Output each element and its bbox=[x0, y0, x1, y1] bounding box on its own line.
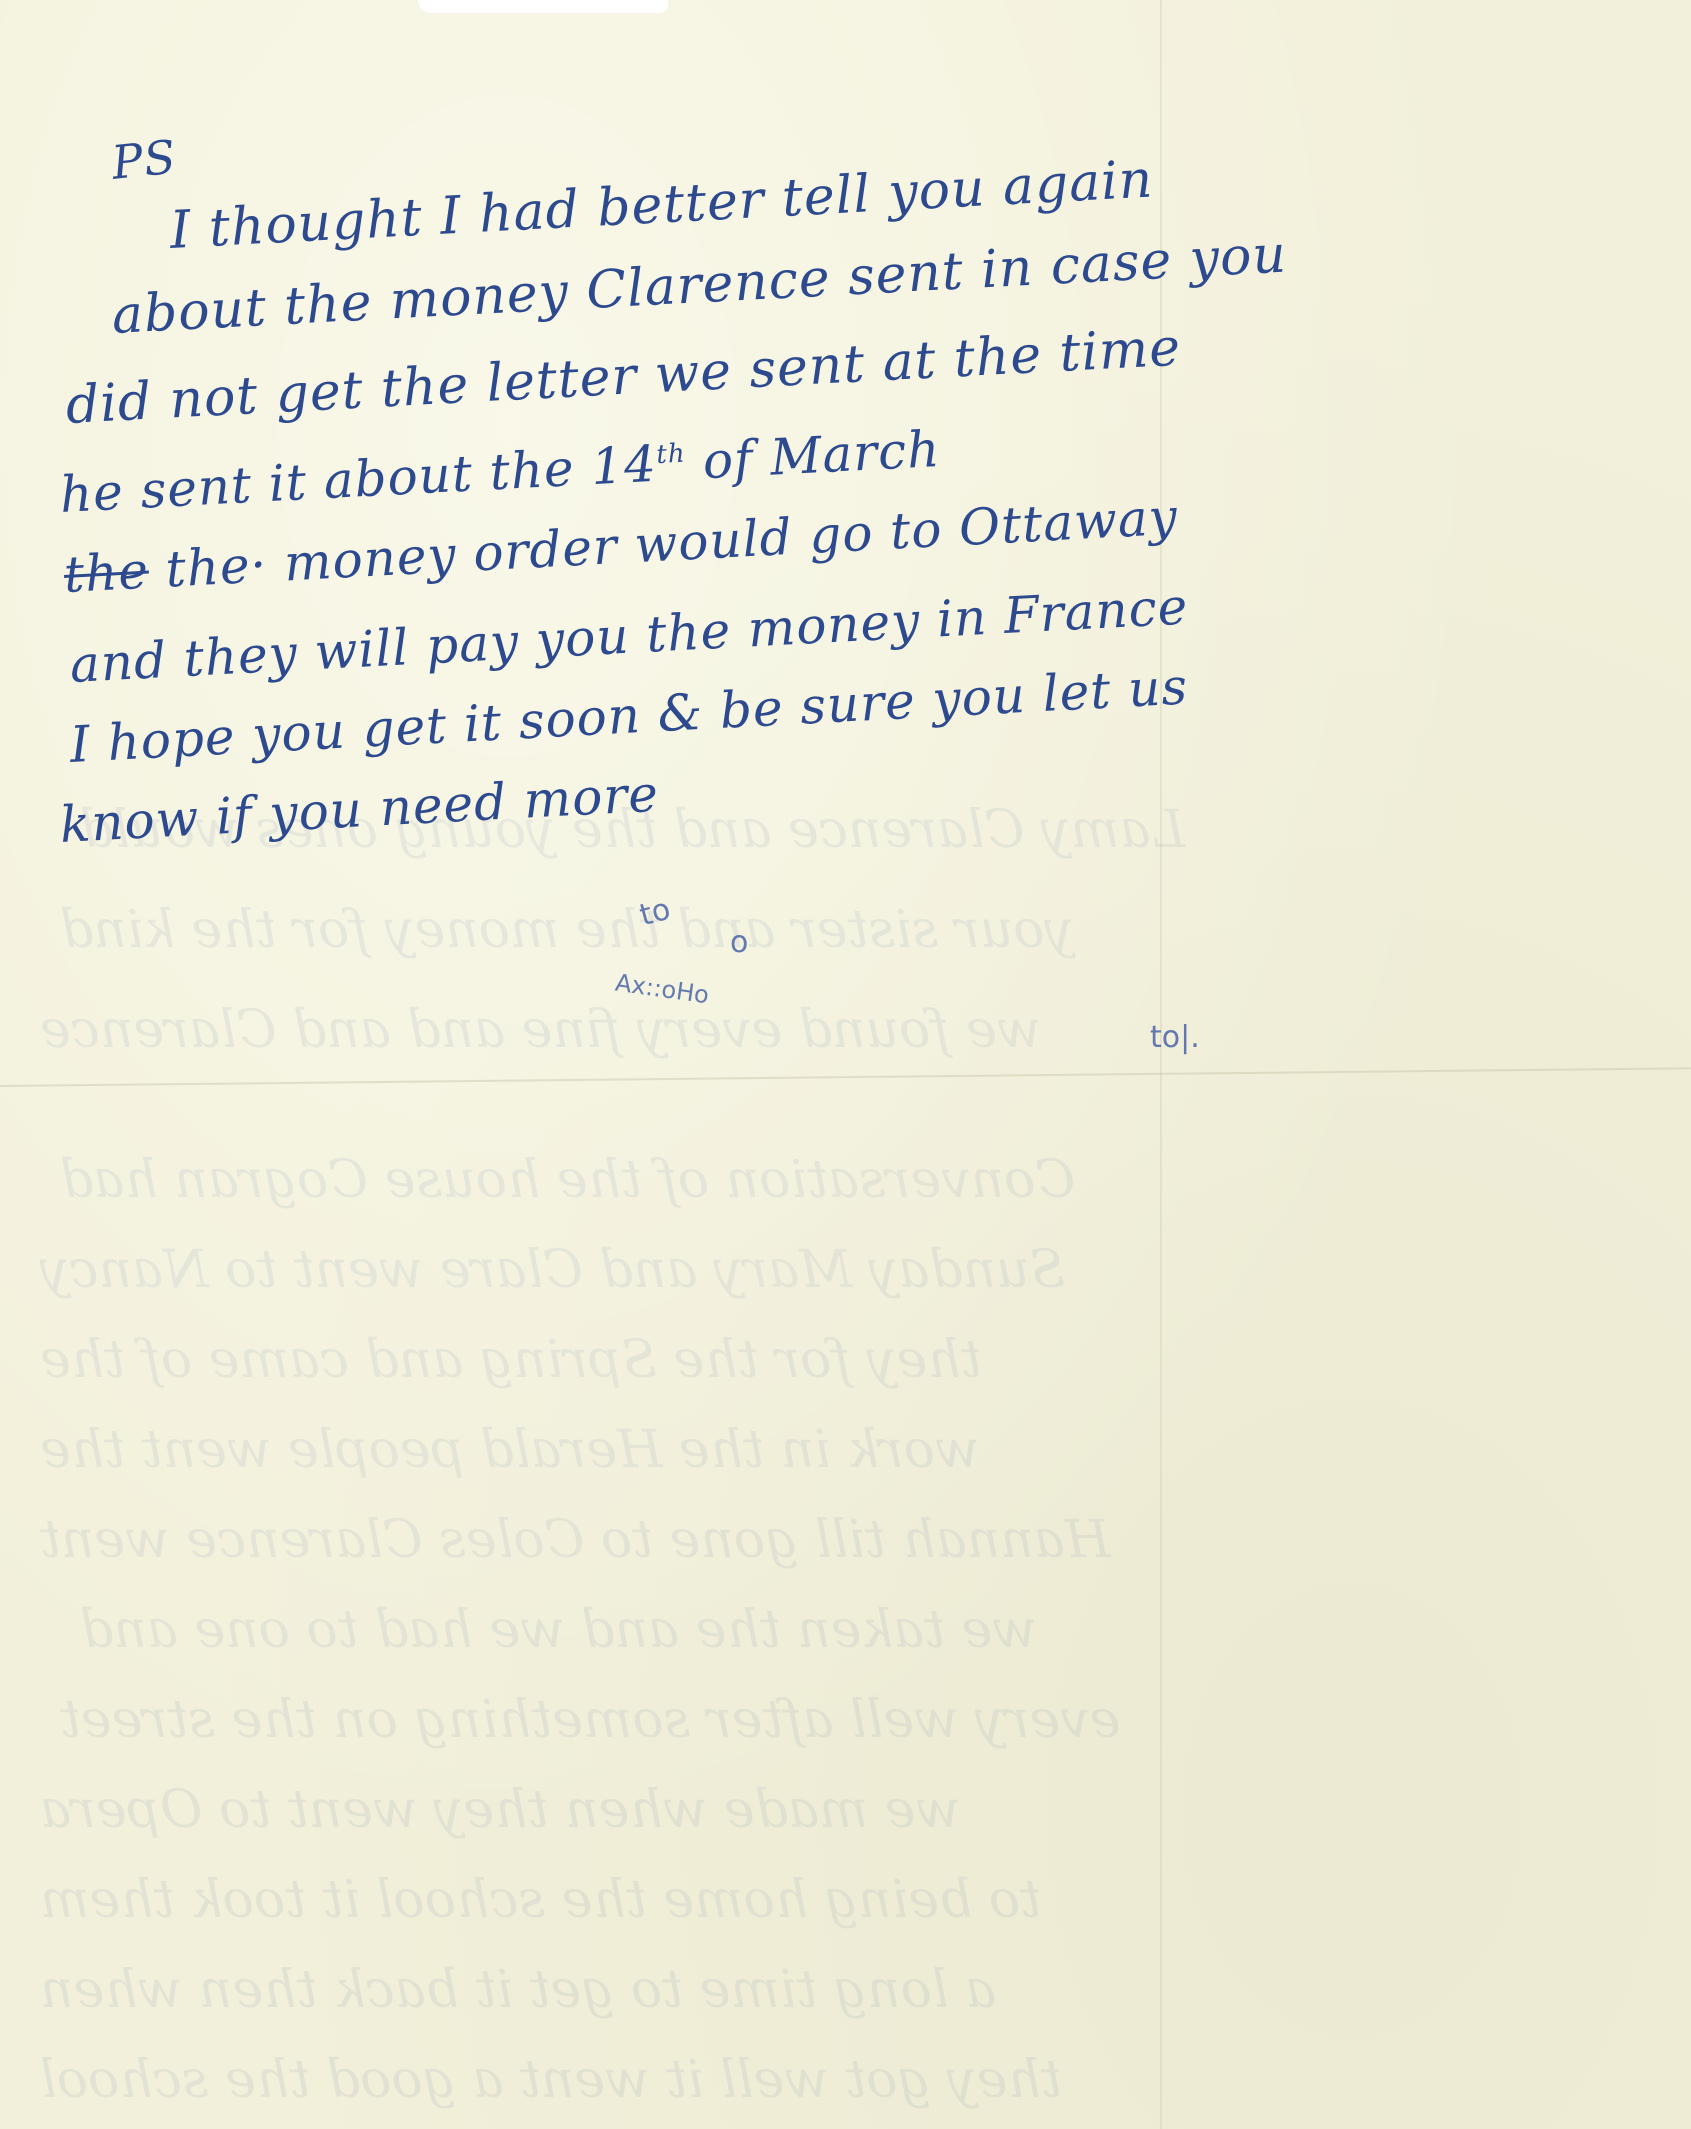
bleed-through-text: work in the Herald people went the bbox=[40, 1420, 979, 1480]
bleed-through-text: every well after something on the street bbox=[60, 1690, 1120, 1750]
torn-corner bbox=[418, 0, 668, 13]
bleed-through-text: they for the Spring and came of the bbox=[40, 1330, 982, 1390]
postscript-heading: PS bbox=[110, 133, 179, 185]
bleed-through-text: they got well it went a good the school bbox=[40, 2050, 1062, 2110]
bleed-through-text: a long time to get it back then when bbox=[40, 1960, 996, 2020]
bleed-through-text: to being home the school it took them bbox=[40, 1870, 1041, 1930]
bleed-through-text: Hannah till gone to Coles Clarence went bbox=[40, 1510, 1110, 1570]
ordinal-suffix: th bbox=[656, 439, 687, 470]
bleed-through-text: your sister and the money for the kind bbox=[60, 900, 1074, 960]
ink-mark: to|. bbox=[1150, 1020, 1200, 1055]
ink-mark: o bbox=[730, 925, 748, 960]
bleed-through-text: Conversation of the house Cogran had bbox=[60, 1150, 1075, 1210]
struck-word: the bbox=[62, 542, 150, 604]
bleed-through-text: we found every fine and and Clarence bbox=[40, 1000, 1041, 1060]
bleed-through-text: we taken the and we had to one and bbox=[80, 1600, 1037, 1660]
bleed-through-text: Sunday Mary and Clare went to Nancy bbox=[40, 1240, 1065, 1300]
bleed-through-text: we made when they went to Opera bbox=[40, 1780, 960, 1840]
